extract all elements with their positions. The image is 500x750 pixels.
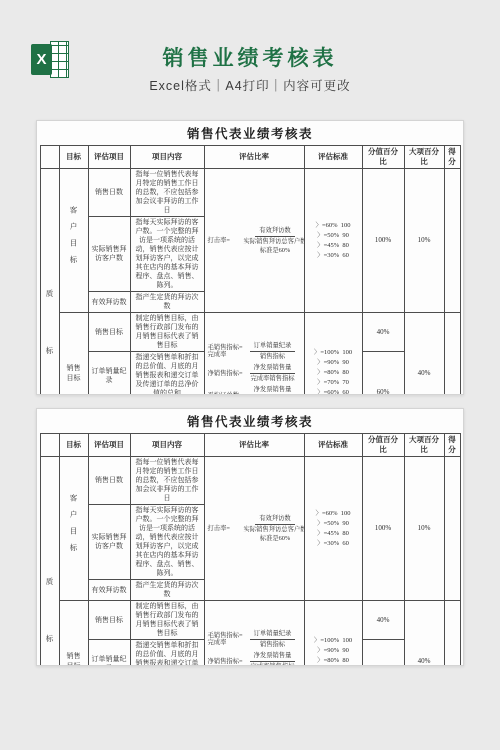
formula: 毛销售指标=完成率 订单销量纪录 销售指标 (207, 630, 302, 649)
content-cell: 制定的销售目标，由销售行政部门发布的月销售目标代表了销售目标 (130, 601, 204, 640)
value-pct-cell: 100% (362, 457, 404, 601)
formula: 毛销售指标=完成率 订单销量纪录 销售指标 (207, 342, 302, 361)
score-cell (444, 457, 460, 601)
item-cell: 实际销售拜访客户数 (88, 217, 130, 292)
target-label-sales: 销售目标 (59, 601, 88, 667)
page: X 销售业绩考核表 Excel格式｜A4打印｜内容可更改 销售代表业绩考核表 目… (0, 0, 500, 750)
standards-cell: 〉=100% 100 〉=90% 90 〉=80% 80 〉=70% 70 〉=… (304, 313, 362, 396)
major-pct-cell: 10% (404, 169, 444, 313)
item-cell: 销售日数 (88, 457, 130, 505)
col-header-item: 评估项目 (88, 434, 130, 457)
value-pct-cell: 40% (362, 601, 404, 640)
ratio-cell: 毛销售指标=完成率 订单销量纪录 销售指标 净销售指标= 净发票销售量 完成率销… (204, 313, 304, 396)
page-subtitle: Excel格式｜A4打印｜内容可更改 (0, 76, 500, 94)
col-header-item: 评估项目 (88, 146, 130, 169)
item-cell: 实际销售拜访客户数 (88, 505, 130, 580)
target-label-customer: 客户目标 (59, 169, 88, 313)
page-title: 销售业绩考核表 (0, 42, 500, 72)
ratio-note: 标准是60% (260, 534, 290, 543)
ratio-cell: 毛销售指标=完成率 订单销量纪录 销售指标 净销售指标= 净发票销售量 完成率销… (204, 601, 304, 667)
table-title: 销售代表业绩考核表 (37, 121, 463, 145)
content-cell: 指产生定货的拜访次数 (130, 580, 204, 601)
col-header-value-pct: 分值百分比 (362, 434, 404, 457)
ratio-cell: 打击率= 有效拜访数 实际销售拜访总客户数 标准是60% (204, 169, 304, 313)
item-cell: 有效拜访数 (88, 580, 130, 601)
formula: 打击率= 有效拜访数 实际销售拜访总客户数 标准是60% (207, 227, 302, 255)
content-cell: 指每天实际拜访的客户数。一个完整的拜访是一项系统的活动，销售代表应按计划拜访客户… (130, 217, 204, 292)
item-cell: 有效拜访数 (88, 292, 130, 313)
col-header-standard: 评估标准 (304, 146, 362, 169)
ratio-note: 标准是60% (260, 246, 290, 255)
target-label-customer: 客户目标 (59, 457, 88, 601)
col-header-major-pct: 大项百分比 (404, 434, 444, 457)
report-card: 销售代表业绩考核表 目标 评估项目 项目内容 评估比率 评估标准 分值百分比 大… (36, 120, 464, 395)
content-cell: 指递交销售单和折扣的总价值、月底的月销售报表和递交订单及传递订单的总净价值的总和 (130, 352, 204, 396)
content-cell: 指产生定货的拜访次数 (130, 292, 204, 313)
assessment-table: 目标 评估项目 项目内容 评估比率 评估标准 分值百分比 大项百分比 得分 质 … (40, 433, 461, 666)
col-header-content: 项目内容 (130, 146, 204, 169)
assessment-table: 目标 评估项目 项目内容 评估比率 评估标准 分值百分比 大项百分比 得分 质 … (40, 145, 461, 395)
formula: 打击率= 有效拜访数 实际销售拜访总客户数 标准是60% (207, 515, 302, 543)
col-header-standard: 评估标准 (304, 434, 362, 457)
content-cell: 指递交销售单和折扣的总价值、月底的月销售报表和递交订单及传递订单的总净价值的总和 (130, 640, 204, 667)
major-pct-cell: 40% (404, 601, 444, 667)
col-header-score: 得分 (444, 434, 460, 457)
value-pct-cell: 60% (362, 352, 404, 396)
major-pct-cell: 40% (404, 313, 444, 396)
col-header-blank (40, 146, 59, 169)
standards-cell: 〉=60% 100 〉=50% 90 〉=45% 80 〉=30% 60 (304, 457, 362, 601)
content-cell: 指每一位销售代表每月特定的销售工作日的总数，不应包括参加会议非拜访的工作日 (130, 169, 204, 217)
col-header-ratio: 评估比率 (204, 434, 304, 457)
formula: 净销售指标= 净发票销售量 完成率销售指标 (207, 364, 302, 383)
content-cell: 指每天实际拜访的客户数。一个完整的拜访是一项系统的活动，销售代表应按计划拜访客户… (130, 505, 204, 580)
table-title: 销售代表业绩考核表 (37, 409, 463, 433)
score-cell (444, 313, 460, 396)
content-cell: 制定的销售目标，由销售行政部门发布的月销售目标代表了销售目标 (130, 313, 204, 352)
formula: 平均订单数= 净发票销售量 有效拜访数 (207, 386, 302, 396)
col-header-content: 项目内容 (130, 434, 204, 457)
content-cell: 指每一位销售代表每月特定的销售工作日的总数，不应包括参加会议非拜访的工作日 (130, 457, 204, 505)
value-pct-cell: 100% (362, 169, 404, 313)
item-cell: 销售目标 (88, 601, 130, 640)
col-header-score: 得分 (444, 146, 460, 169)
col-header-value-pct: 分值百分比 (362, 146, 404, 169)
major-pct-cell: 10% (404, 457, 444, 601)
col-header-target: 目标 (59, 146, 88, 169)
value-pct-cell: 40% (362, 313, 404, 352)
report-card: 销售代表业绩考核表 目标 评估项目 项目内容 评估比率 评估标准 分值百分比 大… (36, 408, 464, 666)
item-cell: 销售日数 (88, 169, 130, 217)
side-label: 质 标 (40, 169, 59, 396)
col-header-ratio: 评估比率 (204, 146, 304, 169)
ratio-cell: 打击率= 有效拜访数 实际销售拜访总客户数 标准是60% (204, 457, 304, 601)
col-header-target: 目标 (59, 434, 88, 457)
col-header-major-pct: 大项百分比 (404, 146, 444, 169)
item-cell: 订单销量纪录 (88, 352, 130, 396)
side-label: 质 标 (40, 457, 59, 667)
item-cell: 销售目标 (88, 313, 130, 352)
formula: 净销售指标= 净发票销售量 完成率销售指标 (207, 652, 302, 667)
col-header-blank (40, 434, 59, 457)
score-cell (444, 601, 460, 667)
standards-cell: 〉=100% 100 〉=90% 90 〉=80% 80 〉=70% 70 〉=… (304, 601, 362, 667)
target-label-sales: 销售目标 (59, 313, 88, 396)
standards-cell: 〉=60% 100 〉=50% 90 〉=45% 80 〉=30% 60 (304, 169, 362, 313)
item-cell: 订单销量纪录 (88, 640, 130, 667)
score-cell (444, 169, 460, 313)
value-pct-cell: 60% (362, 640, 404, 667)
